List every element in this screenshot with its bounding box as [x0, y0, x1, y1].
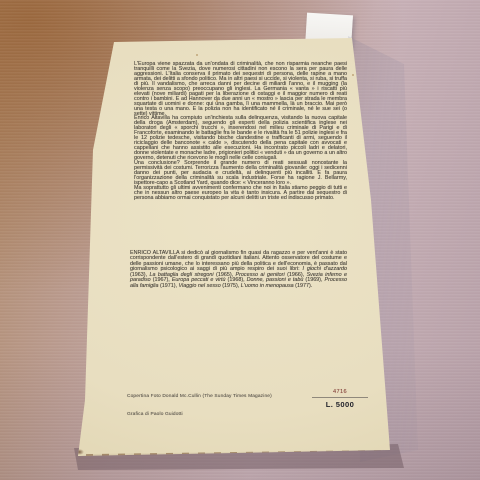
blurb-paragraph-2: Enrico Altavilla ha compiuto un'inchiest…: [134, 116, 347, 161]
paper-speck: [196, 54, 198, 56]
paper-speck: [352, 74, 354, 76]
price-divider: [312, 397, 368, 398]
photo-scene: L'Europa viene spazzata da un'ondata di …: [0, 0, 480, 480]
price-block: 4716 L. 5000: [310, 389, 370, 409]
catalog-code: 4716: [310, 389, 370, 395]
blurb-paragraph-1: L'Europa viene spazzata da un'ondata di …: [134, 62, 347, 116]
cover-photo-credit: Copertina Foto Donald Mc.Cullin (The Sun…: [127, 394, 272, 399]
back-cover-blurb: L'Europa viene spazzata da un'ondata di …: [134, 62, 347, 201]
blurb-paragraph-3: Una conclusione? Sorprende il grande num…: [134, 161, 347, 186]
blurb-paragraph-4: Ma soprattutto gli ultimi avvenimenti co…: [134, 186, 347, 201]
price-label: L. 5000: [310, 400, 370, 409]
author-bio: ENRICO ALTAVILLA si dedicò al giornalism…: [130, 251, 347, 289]
paper-speck: [216, 100, 218, 102]
graphic-design-credit: Grafica di Paolo Guidotti: [127, 412, 183, 417]
